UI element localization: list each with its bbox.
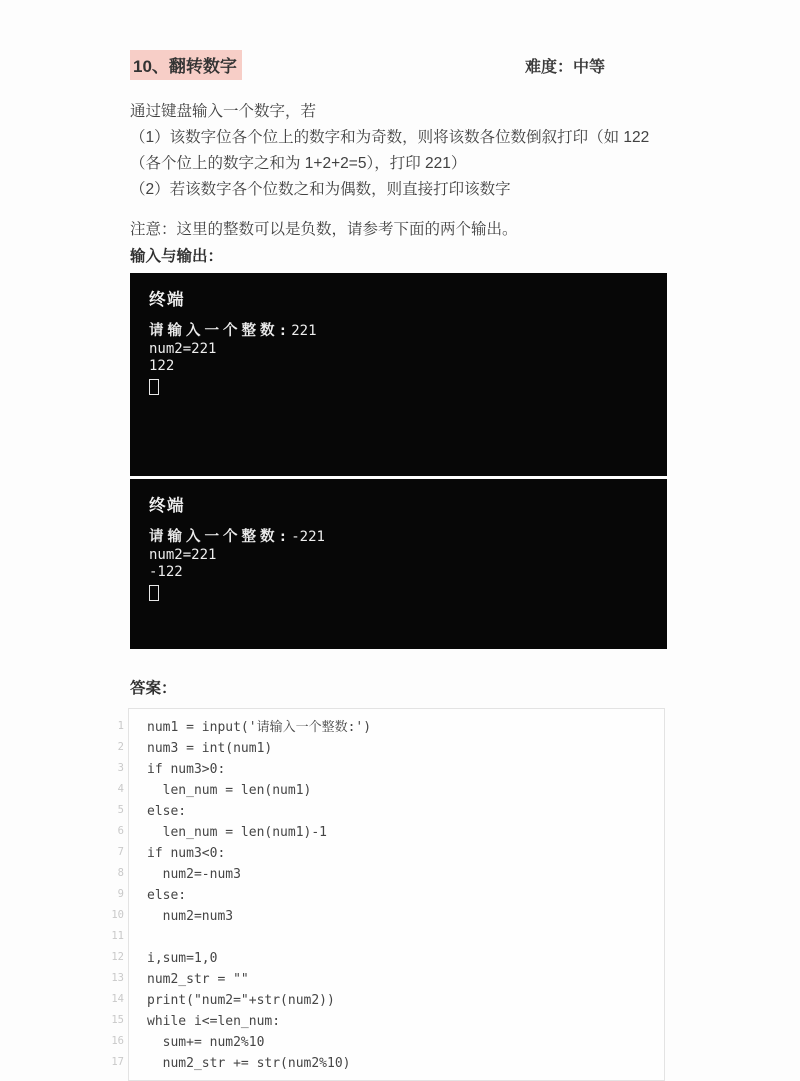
code-line: num2=-num3 [147,864,664,885]
code-line: if num3<0: [147,843,664,864]
code-line: else: [147,801,664,822]
line-number: 1 [108,716,128,737]
code-line: num2_str += str(num2%10) [147,1053,664,1074]
line-number: 10 [108,905,128,926]
page-title: 10、翻转数字 [130,50,242,80]
code-line [147,927,664,948]
problem-description: 通过键盘输入一个数字，若 （1）该数字位各个位上的数字和为奇数，则将该数各位数倒… [130,99,667,203]
terminal-window-1: 终端 请输入一个整数:221 num2=221 122 [130,273,667,476]
terminal-cursor-icon [149,379,159,395]
code-line: sum+= num2%10 [147,1032,664,1053]
terminal-output-line: num2=221 [149,341,667,359]
io-heading: 输入与输出： [130,245,667,269]
terminal-stack: 终端 请输入一个整数:221 num2=221 122 终端 请输入一个整数:-… [130,273,667,649]
title-row: 10、翻转数字 难度：中等 [130,50,667,80]
note-text: 注意：这里的整数可以是负数，请参考下面的两个输出。 [130,218,667,242]
prompt-value: 221 [291,323,316,339]
terminal-output-line: num2=221 [149,547,667,565]
line-number: 11 [108,926,128,947]
code-line: len_num = len(num1) [147,780,664,801]
line-number: 12 [108,947,128,968]
code-line: print("num2="+str(num2)) [147,990,664,1011]
line-number: 13 [108,968,128,989]
line-number: 14 [108,989,128,1010]
description-line: （2）若该数字各个位数之和为偶数，则直接打印该数字 [130,177,667,203]
terminal-output-line: 122 [149,358,667,376]
line-number: 5 [108,800,128,821]
line-number: 6 [108,821,128,842]
line-number: 7 [108,842,128,863]
line-number: 15 [108,1010,128,1031]
description-line: 通过键盘输入一个数字，若 [130,99,667,125]
code-line: while i<=len_num: [147,1011,664,1032]
code-block: 1 2 3 4 5 6 7 8 9 10 11 12 13 14 15 16 1… [108,708,667,1081]
terminal-prompt-line: 请输入一个整数:-221 [149,529,667,547]
code-line: num2=num3 [147,906,664,927]
code-line: if num3>0: [147,759,664,780]
code-line: i,sum=1,0 [147,948,664,969]
line-number: 2 [108,737,128,758]
document-page: 10、翻转数字 难度：中等 通过键盘输入一个数字，若 （1）该数字位各个位上的数… [0,0,800,1081]
terminal-window-2: 终端 请输入一个整数:-221 num2=221 -122 [130,479,667,649]
terminal-cursor-icon [149,585,159,601]
difficulty-badge: 难度：中等 [525,54,605,77]
line-number: 8 [108,863,128,884]
code-line: else: [147,885,664,906]
description-line: （各个位上的数字之和为 1+2+2=5），打印 221） [130,151,667,177]
line-number: 16 [108,1031,128,1052]
terminal-title: 终端 [149,286,667,310]
answer-heading: 答案： [130,676,667,698]
line-number: 9 [108,884,128,905]
prompt-label: 请输入一个整数: [149,323,291,339]
code-line: num2_str = "" [147,969,664,990]
code-line: num1 = input('请输入一个整数:') [147,717,664,738]
line-number: 3 [108,758,128,779]
code-line: len_num = len(num1)-1 [147,822,664,843]
terminal-output-line: -122 [149,564,667,582]
code-line: num3 = int(num1) [147,738,664,759]
prompt-label: 请输入一个整数: [149,529,291,545]
prompt-value: -221 [291,529,325,545]
terminal-title: 终端 [149,492,667,516]
line-number: 4 [108,779,128,800]
line-number: 17 [108,1052,128,1073]
code-line-numbers: 1 2 3 4 5 6 7 8 9 10 11 12 13 14 15 16 1… [108,708,128,1081]
terminal-prompt-line: 请输入一个整数:221 [149,323,667,341]
description-line: （1）该数字位各个位上的数字和为奇数，则将该数各位数倒叙打印（如 122 [130,125,667,151]
code-area: num1 = input('请输入一个整数:') num3 = int(num1… [128,708,665,1081]
